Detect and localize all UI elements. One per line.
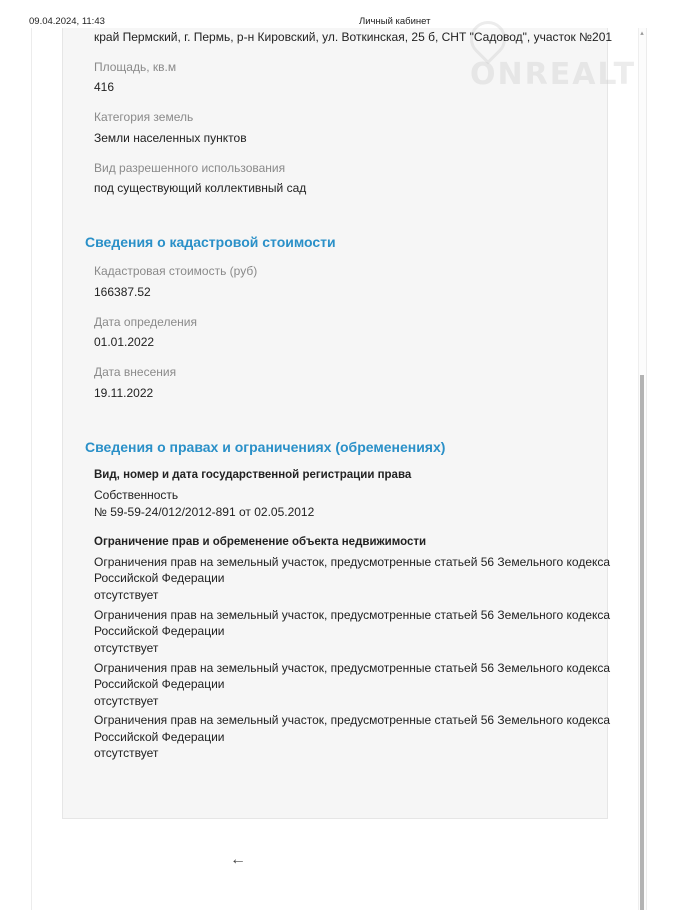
field-label-land-category: Категория земель <box>94 110 193 124</box>
encumbrance-description-cont: Российской Федерации <box>94 570 225 587</box>
print-header: 09.04.2024, 11:43 Личный кабинет <box>0 14 678 28</box>
field-label-permitted-use: Вид разрешенного использования <box>94 161 285 175</box>
registration-number: № 59-59-24/012/2012-891 от 02.05.2012 <box>94 504 314 521</box>
encumbrance-description: Ограничения прав на земельный участок, п… <box>94 712 610 729</box>
object-address: край Пермский, г. Пермь, р-н Кировский, … <box>94 30 612 44</box>
encumbrance-description: Ограничения прав на земельный участок, п… <box>94 607 610 624</box>
encumbrance-status: отсутствует <box>94 693 158 710</box>
scroll-up-arrow-icon[interactable]: ▴ <box>639 31 645 37</box>
print-page-title: Личный кабинет <box>359 16 430 27</box>
field-value-entry-date: 19.11.2022 <box>94 386 153 400</box>
encumbrance-description-cont: Российской Федерации <box>94 676 225 693</box>
encumbrance-status: отсутствует <box>94 745 158 762</box>
encumbrances-heading: Ограничение прав и обременение объекта н… <box>94 536 426 548</box>
encumbrance-status: отсутствует <box>94 640 158 657</box>
encumbrance-description-cont: Российской Федерации <box>94 729 225 746</box>
registration-heading: Вид, номер и дата государственной регист… <box>94 469 411 481</box>
field-label-determination-date: Дата определения <box>94 315 197 329</box>
field-label-entry-date: Дата внесения <box>94 365 176 379</box>
registration-type: Собственность <box>94 487 178 504</box>
field-label-area: Площадь, кв.м <box>94 60 176 74</box>
encumbrance-status: отсутствует <box>94 587 158 604</box>
section-title-cadastral-value: Сведения о кадастровой стоимости <box>85 234 336 250</box>
field-value-permitted-use: под существующий коллективный сад <box>94 181 306 195</box>
encumbrance-description-cont: Российской Федерации <box>94 623 225 640</box>
print-datetime: 09.04.2024, 11:43 <box>29 16 105 27</box>
field-value-land-category: Земли населенных пунктов <box>94 131 247 145</box>
encumbrance-description: Ограничения прав на земельный участок, п… <box>94 554 610 571</box>
field-value-cadastral-value: 166387.52 <box>94 285 151 299</box>
section-title-rights: Сведения о правах и ограничениях (обреме… <box>85 439 445 455</box>
field-value-determination-date: 01.01.2022 <box>94 335 154 349</box>
back-arrow-icon[interactable]: ← <box>230 851 246 869</box>
field-label-cadastral-value: Кадастровая стоимость (руб) <box>94 264 257 278</box>
field-value-area: 416 <box>94 80 114 94</box>
scrollbar-thumb[interactable] <box>640 375 644 910</box>
encumbrance-description: Ограничения прав на земельный участок, п… <box>94 660 610 677</box>
